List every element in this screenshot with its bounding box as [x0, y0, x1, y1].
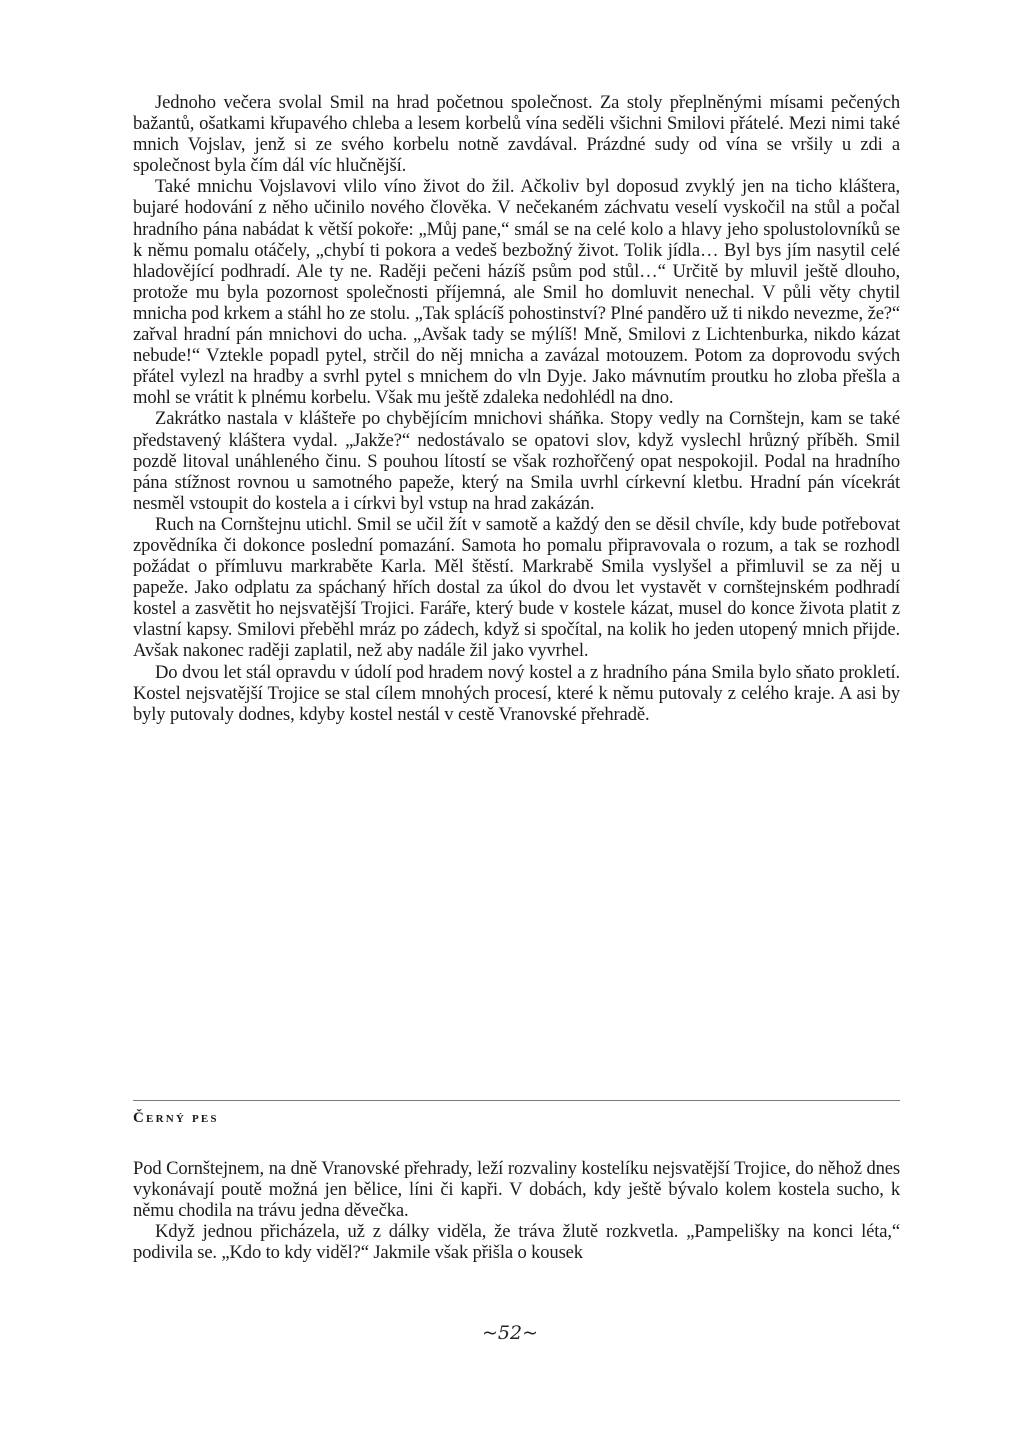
- paragraph: Když jednou přicházela, už z dálky viděl…: [133, 1221, 900, 1263]
- book-page: Jednoho večera svolal Smil na hrad počet…: [0, 0, 1020, 1440]
- paragraph: Také mnichu Vojslavovi vlilo víno život …: [133, 176, 900, 408]
- section-divider: [133, 1100, 900, 1101]
- paragraph: Zakrátko nastala v klášteře po chybějící…: [133, 408, 900, 513]
- section-heading: Černý pes: [133, 1110, 219, 1127]
- story-smil-text: Jednoho večera svolal Smil na hrad počet…: [133, 92, 900, 725]
- paragraph: Jednoho večera svolal Smil na hrad počet…: [133, 92, 900, 176]
- page-number: ~52~: [0, 1322, 1020, 1344]
- paragraph: Pod Cornštejnem, na dně Vranovské přehra…: [133, 1158, 900, 1221]
- paragraph: Ruch na Cornštejnu utichl. Smil se učil …: [133, 514, 900, 662]
- story-cerny-pes-text: Pod Cornštejnem, na dně Vranovské přehra…: [133, 1158, 900, 1263]
- paragraph: Do dvou let stál opravdu v údolí pod hra…: [133, 662, 900, 725]
